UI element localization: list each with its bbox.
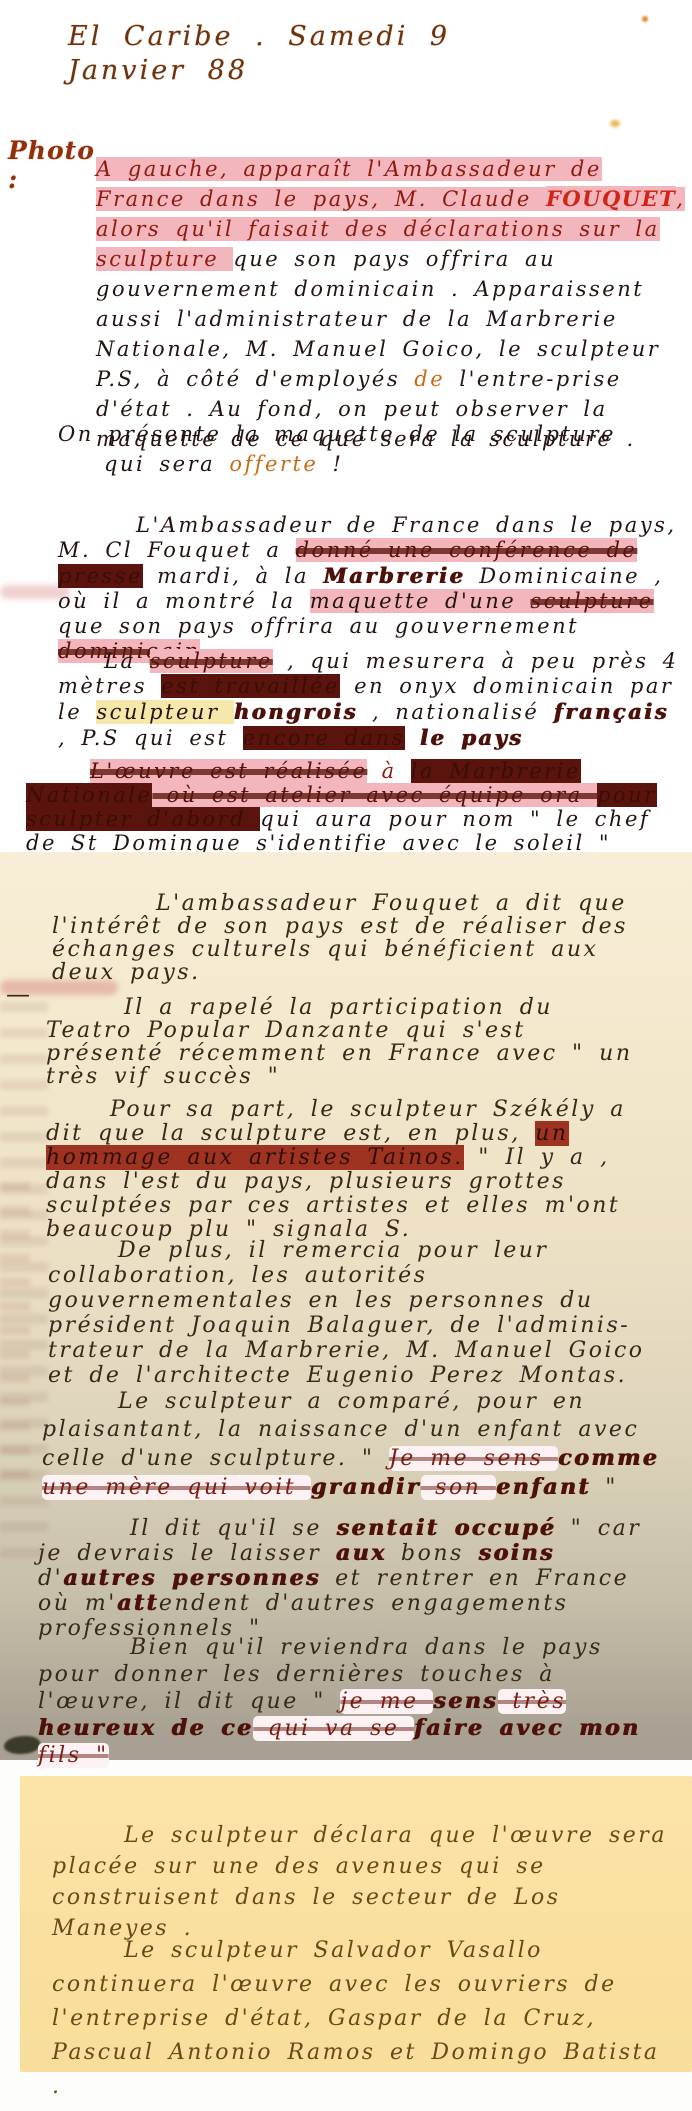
text-run: très xyxy=(498,1689,566,1714)
placement-paragraph: Le sculpteur déclara que l'œuvre sera pl… xyxy=(52,1820,668,1944)
scanned-document-page: El Caribe . Samedi 9 Janvier 88 Photo : … xyxy=(0,0,692,2111)
text-run: le pays xyxy=(405,725,523,750)
text-run: une mère qui voit xyxy=(42,1475,311,1500)
ink-speck xyxy=(642,16,648,22)
text-run: sentait occupé xyxy=(336,1515,556,1541)
interet-paragraph: L'ambassadeur Fouquet a dit que l'intérê… xyxy=(52,892,658,984)
text-run: maquette d'une xyxy=(310,589,531,613)
maquette-note-paragraph: On présente la maquette de la sculpture … xyxy=(58,419,664,479)
text-run: qui va se xyxy=(253,1716,414,1741)
text-run: offerte xyxy=(229,452,318,476)
yellow-note-section: Le sculpteur déclara que l'œuvre sera pl… xyxy=(20,1776,692,2072)
text-run: att xyxy=(117,1590,159,1616)
text-run: heureux de ce xyxy=(38,1715,253,1741)
text-run: Il a rapelé la participation du Teatro P… xyxy=(46,995,632,1089)
text-run: comme xyxy=(558,1445,659,1471)
middle-section: L'ambassadeur Fouquet a dit que l'intérê… xyxy=(0,852,692,1760)
text-run: aux xyxy=(336,1540,387,1566)
text-run: , P.S qui est xyxy=(58,726,243,750)
text-run: faire avec mon xyxy=(414,1715,640,1741)
text-run: de xyxy=(414,367,445,391)
text-run: hongrois xyxy=(234,699,358,724)
text-run: sens xyxy=(433,1688,498,1714)
remercia-paragraph: De plus, il remercia pour leur collabora… xyxy=(48,1238,666,1388)
text-run: son xyxy=(421,1475,496,1500)
text-run: bons xyxy=(387,1541,479,1566)
text-run: fils " xyxy=(38,1743,109,1768)
top-section: El Caribe . Samedi 9 Janvier 88 Photo : … xyxy=(0,0,692,852)
text-run: Le sculpteur Salvador Vasallo continuera… xyxy=(52,1938,660,2099)
text-run: , nationalisé xyxy=(358,700,554,724)
sculpture-description-paragraph: La sculpture , qui mesurera à peu près 4… xyxy=(58,649,684,751)
text-run: d' xyxy=(38,1566,63,1591)
text-run: Il dit qu'il se xyxy=(130,1516,336,1541)
text-run: je me xyxy=(340,1689,433,1714)
text-run: presse xyxy=(58,564,143,588)
ink-speck xyxy=(610,120,620,127)
text-run: sculpteur xyxy=(96,700,233,724)
text-run: " xyxy=(591,1475,618,1500)
photo-caption-paragraph: A gauche, apparaît l'Ambassadeur de Fran… xyxy=(96,154,692,454)
text-run: La xyxy=(104,649,150,673)
text-run: Le sculpteur déclara que l'œuvre sera pl… xyxy=(52,1823,667,1941)
teatro-paragraph: Il a rapelé la participation du Teatro P… xyxy=(46,996,654,1088)
bleed-through-ghost-text xyxy=(0,1002,48,1562)
newspaper-title-line: El Caribe . Samedi 9 Janvier 88 xyxy=(68,20,588,88)
text-run: est travaillée xyxy=(161,674,340,698)
text-run: autres personnes xyxy=(63,1565,320,1591)
text-run: sculpture xyxy=(530,589,653,613)
text-run: où est atelier avec équipe ora xyxy=(152,783,597,807)
text-run: Marbrerie xyxy=(323,563,465,588)
text-run: enfant xyxy=(496,1474,591,1500)
ink-blot xyxy=(4,1736,40,1754)
conference-paragraph: L'Ambassadeur de France dans le pays, M.… xyxy=(58,513,686,664)
vasallo-paragraph: Le sculpteur Salvador Vasallo continuera… xyxy=(52,1934,678,2104)
photo-label: Photo : xyxy=(8,136,100,194)
text-run: soins xyxy=(478,1540,554,1566)
text-run: que son pays offrira au gouvernement xyxy=(58,614,579,638)
text-run: ! xyxy=(318,452,343,476)
text-run: A gauche, apparaît l'Ambassadeur de Fran… xyxy=(96,157,602,211)
text-run: L'ambassadeur Fouquet a dit que l'intérê… xyxy=(52,891,628,985)
sentait-paragraph: Il dit qu'il se sentait occupé " car je … xyxy=(38,1516,672,1641)
szekely-paragraph: Pour sa part, le sculpteur Székély a dit… xyxy=(46,1098,668,1242)
text-run: De plus, il remercia pour leur collabora… xyxy=(48,1238,645,1388)
text-run: d'abord xyxy=(133,807,260,831)
text-run: donné une conférence de xyxy=(296,538,638,562)
oeuvre-redacted-paragraph: L'œuvre est réalisée à la Marbrerie Nati… xyxy=(26,759,686,855)
reviendra-paragraph: Bien qu'il reviendra dans le pays pour d… xyxy=(38,1634,672,1769)
text-run: à xyxy=(367,759,410,783)
bleed-through-ghost-text xyxy=(0,1182,30,1482)
text-run: mardi, à la xyxy=(143,564,323,588)
text-run: qui xyxy=(260,807,315,831)
text-run: Je me sens xyxy=(389,1446,558,1471)
text-run: L'œuvre est réalisée xyxy=(90,759,367,783)
text-run: français xyxy=(554,699,669,724)
text-run: FOUQUET xyxy=(546,186,676,211)
text-run: grandir xyxy=(311,1474,421,1500)
text-run: encore dans xyxy=(243,726,405,750)
text-run: sculpture xyxy=(150,649,273,673)
compare-paragraph: Le sculpteur a comparé, pour en plaisant… xyxy=(42,1388,670,1502)
